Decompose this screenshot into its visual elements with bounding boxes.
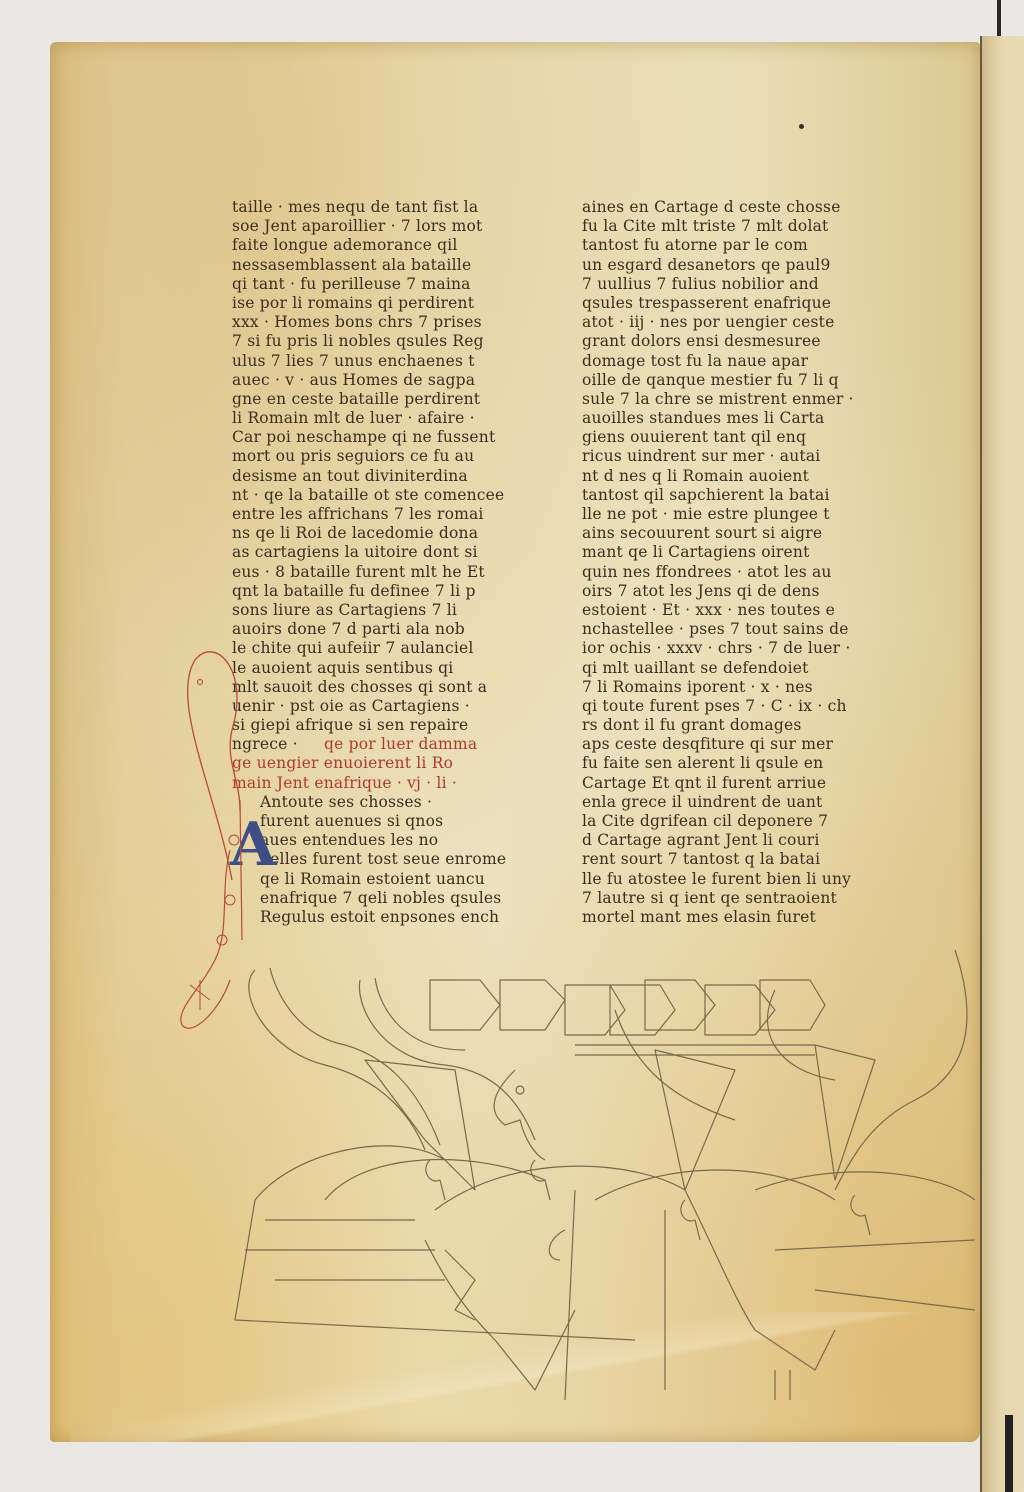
text-line: enafrique 7 qeli nobles qsules (232, 889, 552, 908)
text-line: mlt sauoit des chosses qi sont a (232, 678, 552, 697)
text-line: as cartagiens la uitoire dont si (232, 543, 552, 562)
text-line: ains secouurent sourt si aigre (582, 524, 892, 543)
text-line: ns qe li Roi de lacedomie dona (232, 524, 552, 543)
text-line: tantost qil sapchierent la batai (582, 486, 892, 505)
text-line: nchastellee · pses 7 tout sains de (582, 620, 892, 639)
text-line: faite longue ademorance qil (232, 236, 552, 255)
text-line: gne en ceste bataille perdirent (232, 390, 552, 409)
adjacent-leaf-edge (980, 36, 1024, 1492)
text-line: le chite qui aufeiir 7 aulanciel (232, 639, 552, 658)
binding-strip-bottom (1005, 1415, 1013, 1492)
text-line: si giepi afrique si sen repaire (232, 716, 552, 735)
text-line: rs dont il fu grant domages (582, 716, 892, 735)
text-line: qsules trespasserent enafrique (582, 294, 892, 313)
text-line: enla grece il uindrent de uant (582, 793, 892, 812)
text-line: 7 li Romains iporent · x · nes (582, 678, 892, 697)
text-line: oille de qanque mestier fu 7 li q (582, 371, 892, 390)
text-line: nessasemblassent ala bataille (232, 256, 552, 275)
text-line: ior ochis · xxxv · chrs · 7 de luer · (582, 639, 892, 658)
text-line: entre les affrichans 7 les romai (232, 505, 552, 524)
text-line: sule 7 la chre se mistrent enmer · (582, 390, 892, 409)
battle-illustration (215, 950, 985, 1400)
text-line: auec · v · aus Homes de sagpa (232, 371, 552, 390)
text-line: nt · qe la bataille ot ste comencee (232, 486, 552, 505)
text-line: Antoute ses chosses · (232, 793, 552, 812)
text-column-right: aines en Cartage d ceste chossefu la Cit… (582, 198, 892, 927)
text-line: mortel mant mes elasin furet (582, 908, 892, 927)
text-line: taille · mes nequ de tant fist la (232, 198, 552, 217)
text-line: oirs 7 atot les Jens qi de dens (582, 582, 892, 601)
rubric-line: ge uengier enuoierent li Ro (232, 754, 552, 773)
text-line: mort ou pris seguiors ce fu au (232, 447, 552, 466)
text-line: 7 lautre si q ient qe sentraoient (582, 889, 892, 908)
text-line: uelles furent tost seue enrome (232, 850, 552, 869)
binding-strip-top (997, 0, 1001, 36)
text-line: fu faite sen alerent li qsule en (582, 754, 892, 773)
text-line: auoirs done 7 d parti ala nob (232, 620, 552, 639)
text-line: aues entendues les no (232, 831, 552, 850)
ink-spot (799, 124, 804, 129)
text-line: ise por li romains qi perdirent (232, 294, 552, 313)
text-line: Cartage Et qnt il furent arriue (582, 774, 892, 793)
text-column-left: taille · mes nequ de tant fist lasoe Jen… (232, 198, 552, 927)
text-line: ricus uindrent sur mer · autai (582, 447, 892, 466)
text-line: ulus 7 lies 7 unus enchaenes t (232, 352, 552, 371)
text-line: Car poi neschampe qi ne fussent (232, 428, 552, 447)
text-line: Regulus estoit enpsones ench (232, 908, 552, 927)
text-line: qi tant · fu perilleuse 7 maina (232, 275, 552, 294)
text-line: rent sourt 7 tantost q la batai (582, 850, 892, 869)
text-line: nt d nes q li Romain auoient (582, 467, 892, 486)
text-line: desisme an tout diviniterdina (232, 467, 552, 486)
text-line: xxx · Homes bons chrs 7 prises (232, 313, 552, 332)
text-line: tantost fu atorne par le com (582, 236, 892, 255)
text-line: qi toute furent pses 7 · C · ix · ch (582, 697, 892, 716)
text-line: eus · 8 bataille furent mlt he Et (232, 563, 552, 582)
text-line: le auoient aquis sentibus qi (232, 659, 552, 678)
text-line: lle fu atostee le furent bien li uny (582, 870, 892, 889)
text-line: furent auenues si qnos (232, 812, 552, 831)
text-line: domage tost fu la naue apar (582, 352, 892, 371)
text-line: la Cite dgrifean cil deponere 7 (582, 812, 892, 831)
text-line: estoient · Et · xxx · nes toutes e (582, 601, 892, 620)
text-line: soe Jent aparoillier · 7 lors mot (232, 217, 552, 236)
text-line: aines en Cartage d ceste chosse (582, 198, 892, 217)
text-line: li Romain mlt de luer · afaire · (232, 409, 552, 428)
text-line: giens ouuierent tant qil enq (582, 428, 892, 447)
text-line: d Cartage agrant Jent li couri (582, 831, 892, 850)
text-line: 7 uullius 7 fulius nobilior and (582, 275, 892, 294)
text-line: aps ceste desqfiture qi sur mer (582, 735, 892, 754)
text-line: 7 si fu pris li nobles qsules Reg (232, 332, 552, 351)
text-line: sons liure as Cartagiens 7 li (232, 601, 552, 620)
text-line: un esgard desanetors qe paul9 (582, 256, 892, 275)
text-line: atot · iij · nes por uengier ceste (582, 313, 892, 332)
text-line: uenir · pst oie as Cartagiens · (232, 697, 552, 716)
rubric-line: main Jent enafrique · vj · li · (232, 774, 552, 793)
text-line: quin nes ffondrees · atot les au (582, 563, 892, 582)
text-line: lle ne pot · mie estre plungee t (582, 505, 892, 524)
text-line: auoilles standues mes li Carta (582, 409, 892, 428)
text-line: qe li Romain estoient uancu (232, 870, 552, 889)
text-line: qnt la bataille fu definee 7 li p (232, 582, 552, 601)
text-line: mant qe li Cartagiens oirent (582, 543, 892, 562)
text-line: grant dolors ensi desmesuree (582, 332, 892, 351)
text-line: fu la Cite mlt triste 7 mlt dolat (582, 217, 892, 236)
text-line: qi mlt uaillant se defendoiet (582, 659, 892, 678)
